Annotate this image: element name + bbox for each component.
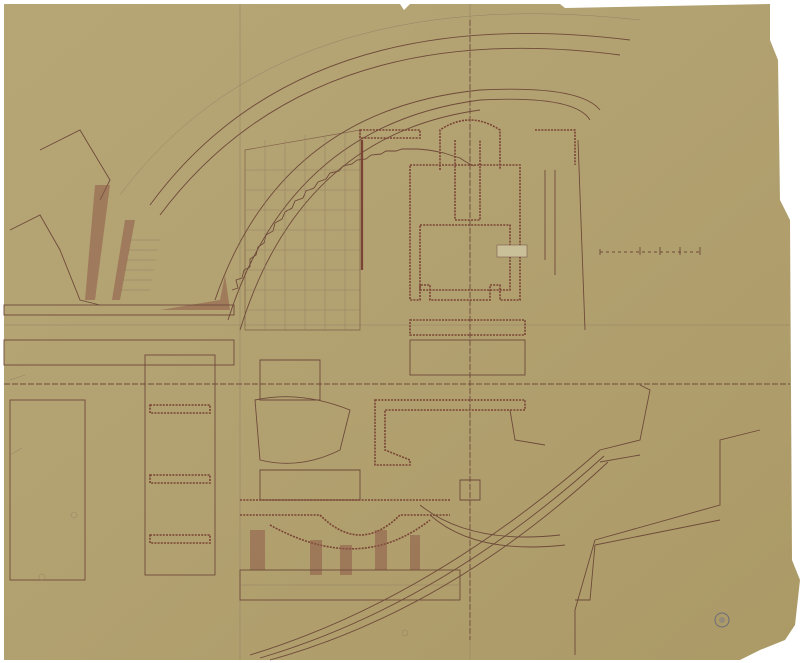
pasted-label-patch	[497, 245, 527, 257]
paper-sheet	[4, 4, 800, 660]
site-plan-drawing	[0, 0, 800, 663]
site-plan-sheet	[0, 0, 800, 663]
